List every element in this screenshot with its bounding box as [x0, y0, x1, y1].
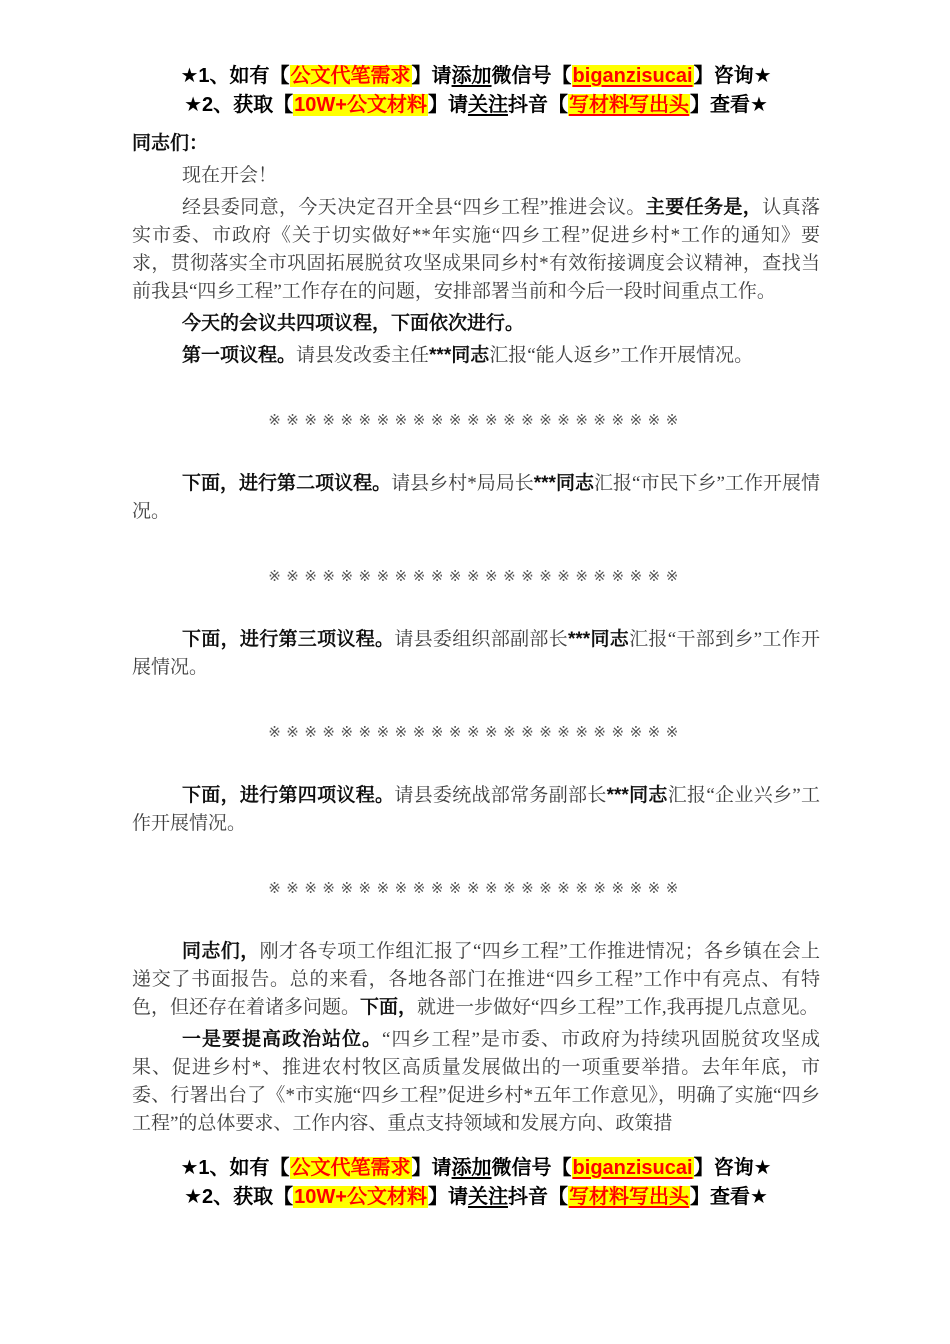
ad-line-1: ★1、如有【公文代笔需求】请添加微信号【biganzisucai】咨询★ — [132, 62, 820, 91]
text-run: 汇报“能人返乡”工作开展情况。 — [489, 345, 753, 366]
bold-text-run: ***同志 — [534, 473, 594, 494]
ad-banner-bottom: ★1、如有【公文代笔需求】请添加微信号【biganzisucai】咨询★ ★2、… — [132, 1154, 820, 1212]
ad-text-run: ★1、如有【 — [180, 65, 289, 87]
ad-text-run: ★2、获取【 — [184, 1186, 293, 1208]
ad-text-run: ★2、获取【 — [184, 94, 293, 116]
bold-text-run: ***同志 — [607, 785, 668, 806]
paragraph-point-1: 一是要提高政治站位。“四乡工程”是市委、市政府为持续巩固脱贫攻坚成果、促进乡村*… — [132, 1026, 820, 1138]
ad-text-run: 抖音【 — [508, 1186, 568, 1208]
paragraph-opening: 现在开会！ — [132, 162, 820, 190]
ad-text-run: 】咨询★ — [694, 1157, 772, 1179]
bold-text-run: 同志们， — [182, 941, 260, 962]
text-run: 请县发改委主任 — [296, 345, 429, 366]
separator-2: ※※※※※※※※※※※※※※※※※※※※※※※ — [132, 566, 820, 586]
separator-4: ※※※※※※※※※※※※※※※※※※※※※※※ — [132, 878, 820, 898]
ad-line-2: ★2、获取【10W+公文材料】请关注抖音【写材料写出头】查看★ — [132, 1183, 820, 1212]
bold-text-run: 第一项议程。 — [182, 345, 296, 366]
ad-line-2: ★2、获取【10W+公文材料】请关注抖音【写材料写出头】查看★ — [132, 91, 820, 120]
paragraph-agenda-2: 下面，进行第二项议程。请县乡村*局局长***同志汇报“市民下乡”工作开展情况。 — [132, 470, 820, 526]
paragraph-agenda-4: 下面，进行第四项议程。请县委统战部常务副部长***同志汇报“企业兴乡”工作开展情… — [132, 782, 820, 838]
ad-text-run: 】请 — [428, 1186, 468, 1208]
bold-text-run: 今天的会议共四项议程，下面依次进行。 — [182, 313, 524, 334]
bold-text-run: ***同志 — [429, 345, 489, 366]
bold-text-run: 下面，进行第二项议程。 — [182, 473, 391, 494]
ad-text-run: ★1、如有【 — [180, 1157, 289, 1179]
ad-text-run: 微信号【 — [492, 1157, 572, 1179]
bold-text-run: 下面，进行第三项议程。 — [182, 629, 394, 650]
document-body: 同志们：现在开会！经县委同意，今天决定召开全县“四乡工程”推进会议。主要任务是，… — [132, 130, 820, 1138]
paragraph-agenda-overview: 今天的会议共四项议程，下面依次进行。 — [132, 310, 820, 338]
paragraph-agenda-3: 下面，进行第三项议程。请县委组织部副部长***同志汇报“干部到乡”工作开展情况。 — [132, 626, 820, 682]
ad-highlight-run: 公文代笔需求 — [290, 1157, 412, 1179]
ad-underline-run: 添加 — [452, 1157, 492, 1179]
text-run: 请县委组织部副部长 — [394, 629, 568, 650]
text-run: 现在开会！ — [182, 165, 277, 186]
ad-text-run: 】请 — [412, 1157, 452, 1179]
ad-text-run: 抖音【 — [508, 94, 568, 116]
ad-highlight-underline-run: biganzisucai — [572, 1157, 694, 1179]
bold-text-run: 下面， — [360, 997, 417, 1018]
ad-highlight-run: 10W+公文材料 — [293, 94, 428, 116]
ad-underline-run: 关注 — [468, 1186, 508, 1208]
separator-1: ※※※※※※※※※※※※※※※※※※※※※※※ — [132, 410, 820, 430]
ad-highlight-underline-run: 写材料写出头 — [568, 94, 690, 116]
ad-text-run: 】咨询★ — [694, 65, 772, 87]
bold-text-run: ***同志 — [568, 629, 629, 650]
text-run: 经县委同意，今天决定召开全县“四乡工程”推进会议。 — [182, 197, 646, 218]
document-page: ★1、如有【公文代笔需求】请添加微信号【biganzisucai】咨询★ ★2、… — [0, 0, 950, 1344]
ad-underline-run: 关注 — [468, 94, 508, 116]
paragraph-summary: 同志们，刚才各专项工作组汇报了“四乡工程”工作推进情况；各乡镇在会上递交了书面报… — [132, 938, 820, 1022]
text-run: 请县乡村*局局长 — [391, 473, 534, 494]
bold-text-run: 一是要提高政治站位。 — [182, 1029, 382, 1050]
ad-text-run: 】请 — [412, 65, 452, 87]
ad-banner-top: ★1、如有【公文代笔需求】请添加微信号【biganzisucai】咨询★ ★2、… — [132, 62, 820, 120]
ad-text-run: 】请 — [428, 94, 468, 116]
ad-text-run: 微信号【 — [492, 65, 572, 87]
bold-text-run: 同志们： — [132, 133, 208, 154]
bold-text-run: 下面，进行第四项议程。 — [182, 785, 394, 806]
ad-line-1: ★1、如有【公文代笔需求】请添加微信号【biganzisucai】咨询★ — [132, 1154, 820, 1183]
ad-text-run: 】查看★ — [690, 1186, 768, 1208]
ad-highlight-run: 10W+公文材料 — [293, 1186, 428, 1208]
text-run: 就进一步做好“四乡工程”工作,我再提几点意见。 — [417, 997, 819, 1018]
bold-text-run: 主要任务是， — [646, 197, 762, 218]
paragraph-intro: 经县委同意，今天决定召开全县“四乡工程”推进会议。主要任务是，认真落实市委、市政… — [132, 194, 820, 306]
ad-highlight-run: 公文代笔需求 — [290, 65, 412, 87]
ad-highlight-underline-run: biganzisucai — [572, 65, 694, 87]
ad-underline-run: 添加 — [452, 65, 492, 87]
ad-highlight-underline-run: 写材料写出头 — [568, 1186, 690, 1208]
separator-3: ※※※※※※※※※※※※※※※※※※※※※※※ — [132, 722, 820, 742]
text-run: 请县委统战部常务副部长 — [394, 785, 606, 806]
paragraph-salutation: 同志们： — [132, 130, 820, 158]
ad-text-run: 】查看★ — [690, 94, 768, 116]
paragraph-agenda-1: 第一项议程。请县发改委主任***同志汇报“能人返乡”工作开展情况。 — [132, 342, 820, 370]
